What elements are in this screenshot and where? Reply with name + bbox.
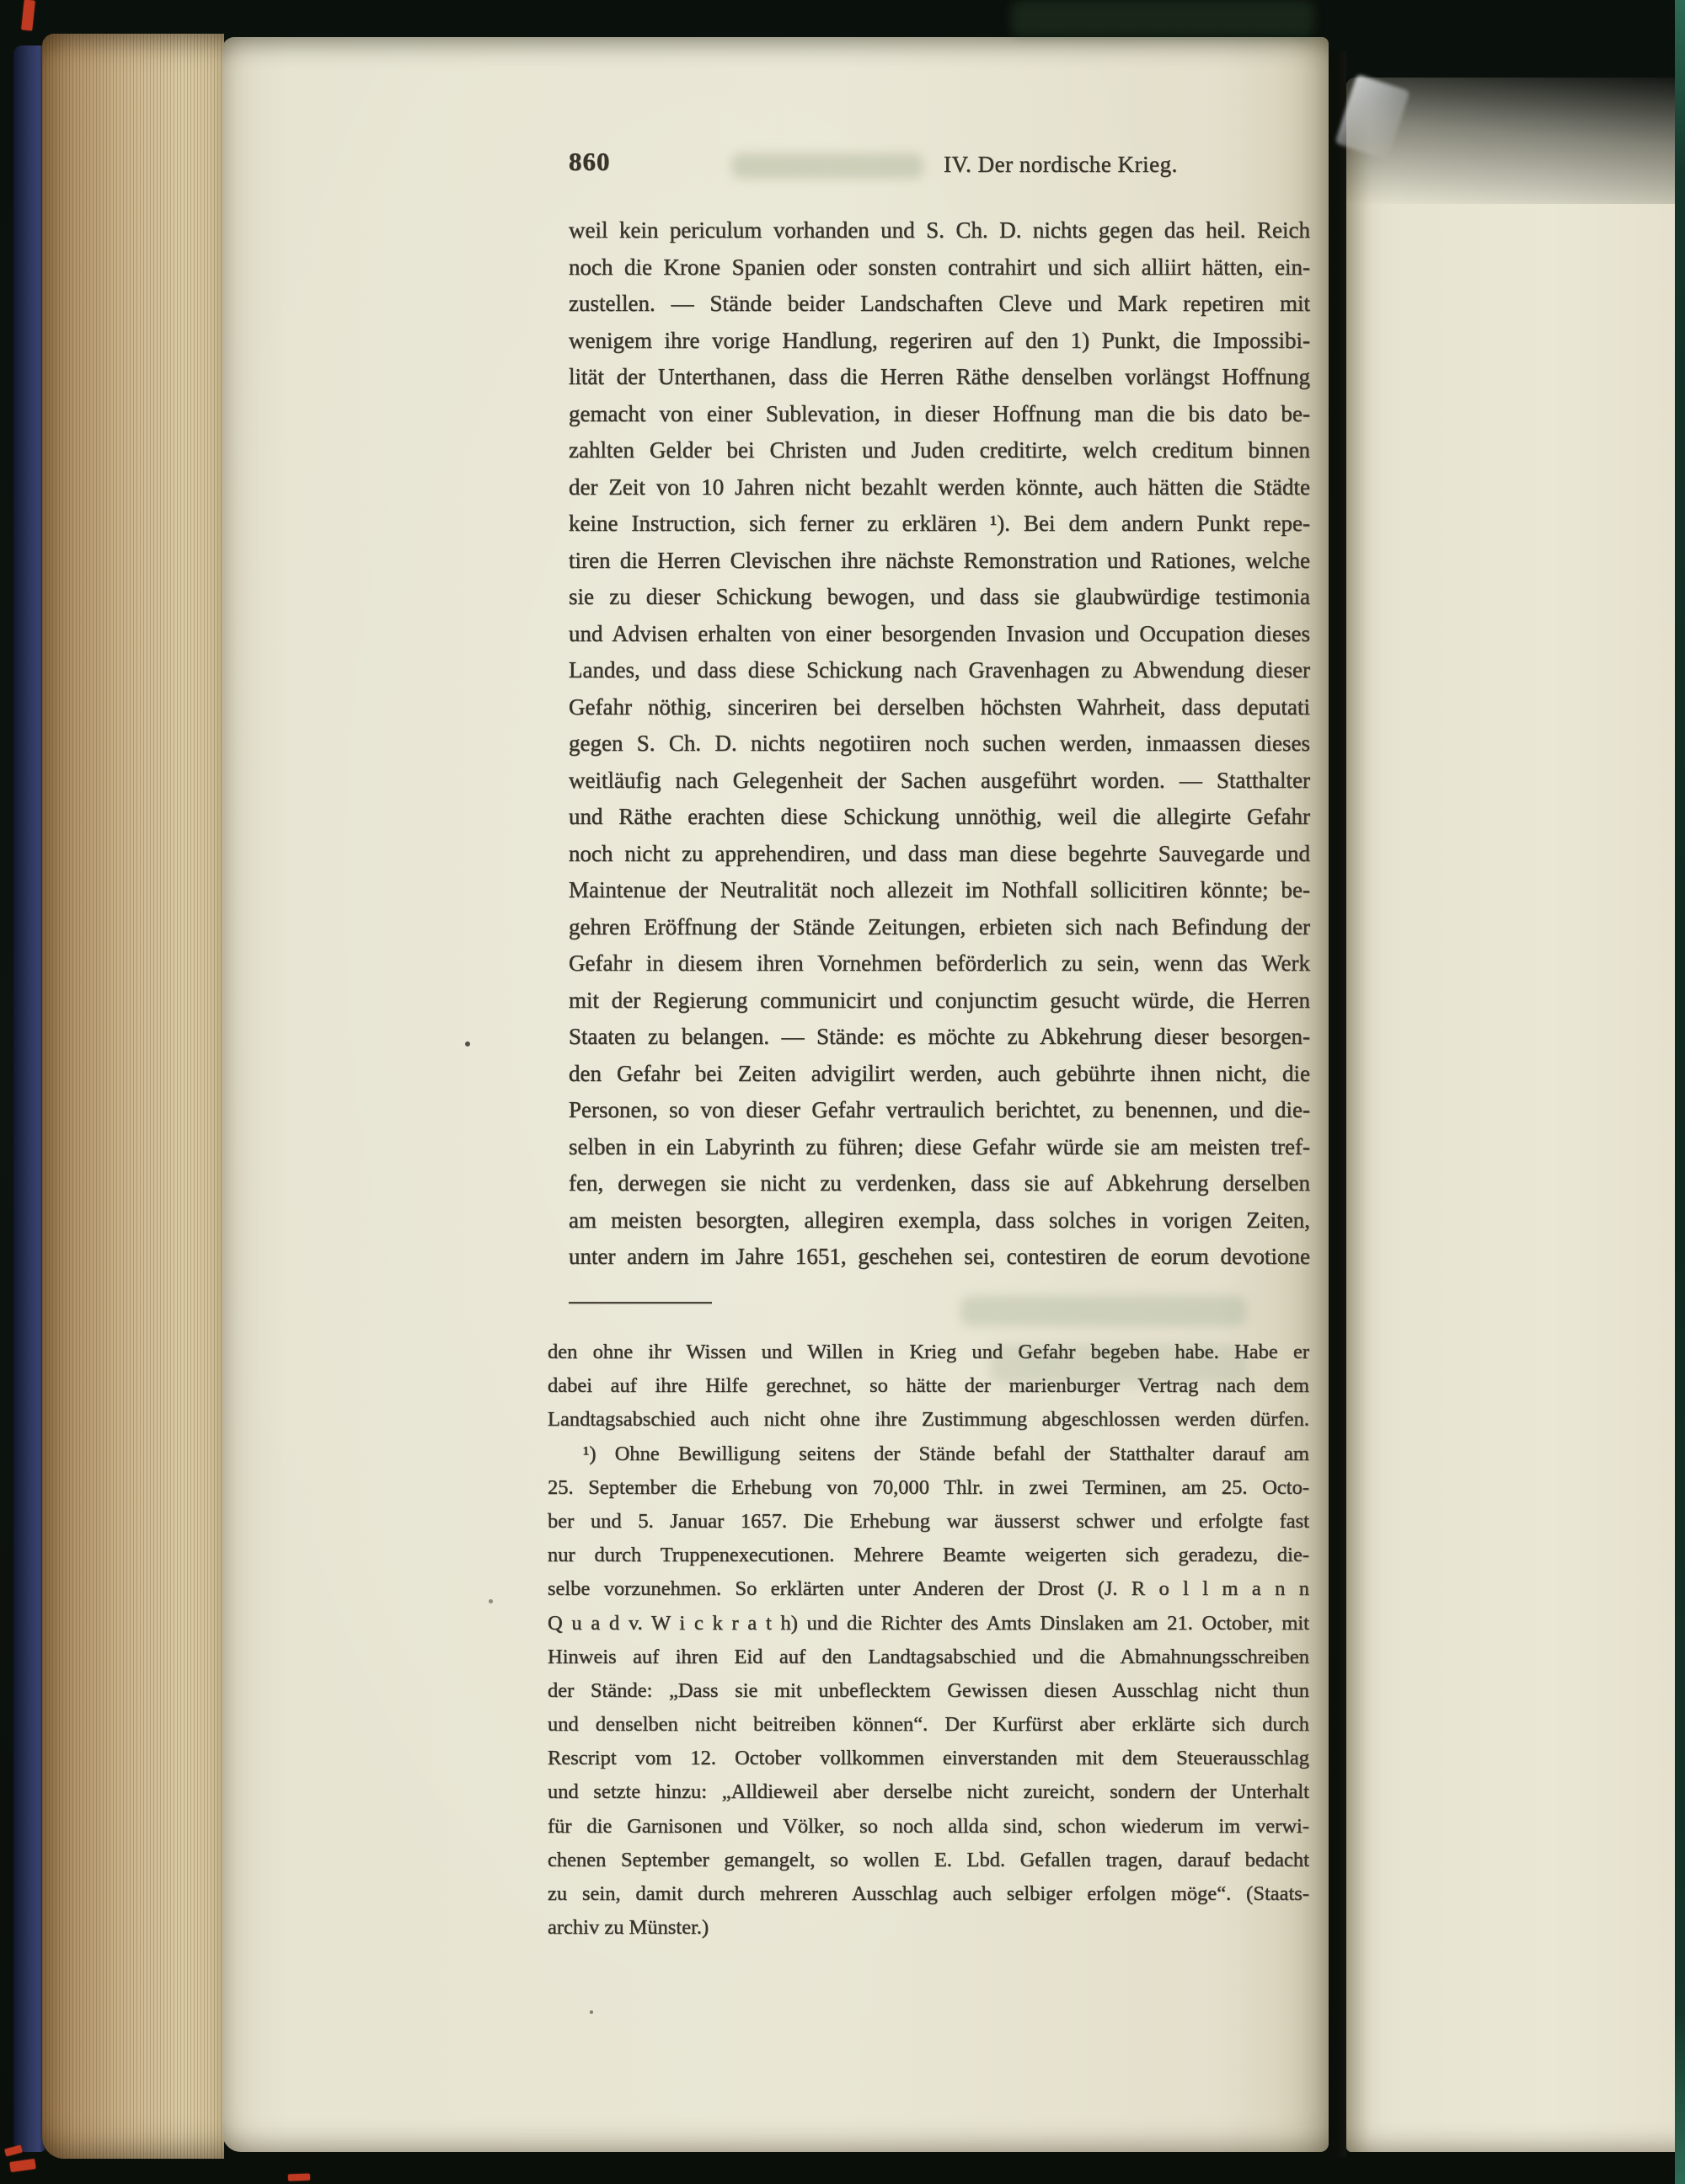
footnote-text: den ohne ihr Wissen und Willen in Krieg … bbox=[548, 1336, 1309, 1945]
text-line: Maintenue der Neutralität noch allezeit … bbox=[569, 872, 1310, 909]
text-line: weitläufig nach Gelegenheit der Sachen a… bbox=[569, 763, 1310, 800]
text-line: und Räthe erachten diese Schickung unnöt… bbox=[569, 799, 1310, 836]
body-text: weil kein periculum vorhanden und S. Ch.… bbox=[569, 212, 1310, 1276]
ink-speck bbox=[1117, 640, 1120, 643]
text-line: Personen, so von dieser Gefahr vertrauli… bbox=[569, 1092, 1310, 1129]
page-number: 860 bbox=[569, 147, 611, 177]
text-line: archiv zu Münster.) bbox=[548, 1911, 1309, 1945]
text-line: Landes, und dass diese Schickung nach Gr… bbox=[569, 652, 1310, 689]
page-fore-edge-stack bbox=[42, 34, 224, 2159]
text-line: Staaten zu belangen. — Stände: es möchte… bbox=[569, 1019, 1310, 1056]
red-mark-bottom-left bbox=[4, 2145, 23, 2157]
text-line: zu sein, damit durch mehreren Ausschlag … bbox=[548, 1877, 1309, 1911]
text-line: selben in ein Labyrinth zu führen; diese… bbox=[569, 1129, 1310, 1166]
text-line: und Advisen erhalten von einer besorgend… bbox=[569, 616, 1310, 653]
ink-speck bbox=[489, 1599, 493, 1603]
page-gutter-shadow bbox=[1329, 51, 1346, 2157]
text-line: zahlten Gelder bei Christen und Juden cr… bbox=[569, 432, 1310, 469]
book-spine-edge bbox=[13, 45, 45, 2152]
text-line: den Gefahr bei Zeiten advigilirt werden,… bbox=[569, 1056, 1310, 1093]
text-line: tiren die Herren Clevischen ihre nächste… bbox=[569, 543, 1310, 580]
ink-speck bbox=[465, 1041, 470, 1046]
red-mark-bottom-left bbox=[9, 2159, 35, 2172]
cover-cloth-strip bbox=[1675, 0, 1685, 2184]
text-line: ¹) Ohne Bewilligung seitens der Stände b… bbox=[548, 1437, 1309, 1471]
text-line: am meisten besorgten, allegiren exempla,… bbox=[569, 1202, 1310, 1239]
text-line: Landtagsabschied auch nicht ohne ihre Zu… bbox=[548, 1403, 1309, 1437]
running-head: IV. Der nordische Krieg. bbox=[891, 152, 1230, 178]
text-line: chenen September gemangelt, so wollen E.… bbox=[548, 1844, 1309, 1877]
text-line: weil kein periculum vorhanden und S. Ch.… bbox=[569, 212, 1310, 249]
text-line: lität der Unterthanen, dass die Herren R… bbox=[569, 359, 1310, 396]
background-smudge bbox=[1011, 0, 1314, 37]
text-line: zustellen. — Stände beider Landschaften … bbox=[569, 286, 1310, 323]
text-line: unter andern im Jahre 1651, geschehen se… bbox=[569, 1239, 1310, 1276]
text-line: gehren Eröffnung der Stände Zeitungen, e… bbox=[569, 909, 1310, 946]
text-line: Rescript vom 12. October vollkommen einv… bbox=[548, 1742, 1309, 1775]
book-scan: 860 IV. Der nordische Krieg. weil kein p… bbox=[0, 0, 1685, 2184]
text-line: der Stände: „Dass sie mit unbeflecktem G… bbox=[548, 1674, 1309, 1708]
text-line: Gefahr in diesem ihren Vornehmen beförde… bbox=[569, 945, 1310, 982]
red-mark-top-left bbox=[21, 0, 35, 31]
text-line: 25. September die Erhebung von 70,000 Th… bbox=[548, 1471, 1309, 1505]
text-line: noch nicht zu apprehendiren, und dass ma… bbox=[569, 836, 1310, 873]
text-line: nur durch Truppenexecutionen. Mehrere Be… bbox=[548, 1539, 1309, 1572]
text-line: Gefahr nöthig, sinceriren bei derselben … bbox=[569, 689, 1310, 726]
text-line: Q u a d v. W i c k r a t h) und die Rich… bbox=[548, 1607, 1309, 1641]
text-line: sie zu dieser Schickung bewogen, und das… bbox=[569, 579, 1310, 616]
text-line: mit der Regierung communicirt und conjun… bbox=[569, 982, 1310, 1020]
text-line: und denselben nicht beitreiben können“. … bbox=[548, 1708, 1309, 1742]
showthrough-smudge bbox=[960, 1296, 1247, 1326]
text-line: gegen S. Ch. D. nichts negotiiren noch s… bbox=[569, 725, 1310, 763]
text-line: für die Garnisonen und Völker, so noch a… bbox=[548, 1810, 1309, 1844]
text-line: ber und 5. Januar 1657. Die Erhebung war… bbox=[548, 1505, 1309, 1539]
text-line: wenigem ihre vorige Handlung, regeriren … bbox=[569, 323, 1310, 360]
next-page-edge bbox=[1346, 78, 1685, 2152]
footnote-divider-rule bbox=[569, 1302, 712, 1303]
text-line: der Zeit von 10 Jahren nicht bezahlt wer… bbox=[569, 469, 1310, 506]
red-mark-bottom-center bbox=[288, 2174, 310, 2181]
ink-speck bbox=[590, 2010, 593, 2014]
text-line: den ohne ihr Wissen und Willen in Krieg … bbox=[548, 1336, 1309, 1369]
text-line: keine Instruction, sich ferner zu erklär… bbox=[569, 506, 1310, 543]
text-line: noch die Krone Spanien oder sonsten cont… bbox=[569, 249, 1310, 286]
text-line: und setzte hinzu: „Alldieweil aber derse… bbox=[548, 1775, 1309, 1809]
text-line: selbe vorzunehmen. So erklärten unter An… bbox=[548, 1572, 1309, 1606]
text-line: gemacht von einer Sublevation, in dieser… bbox=[569, 396, 1310, 433]
text-line: fen, derwegen sie nicht zu verdenken, da… bbox=[569, 1165, 1310, 1202]
text-line: Hinweis auf ihren Eid auf den Landtagsab… bbox=[548, 1641, 1309, 1674]
text-line: dabei auf ihre Hilfe gerechnet, so hätte… bbox=[548, 1369, 1309, 1403]
